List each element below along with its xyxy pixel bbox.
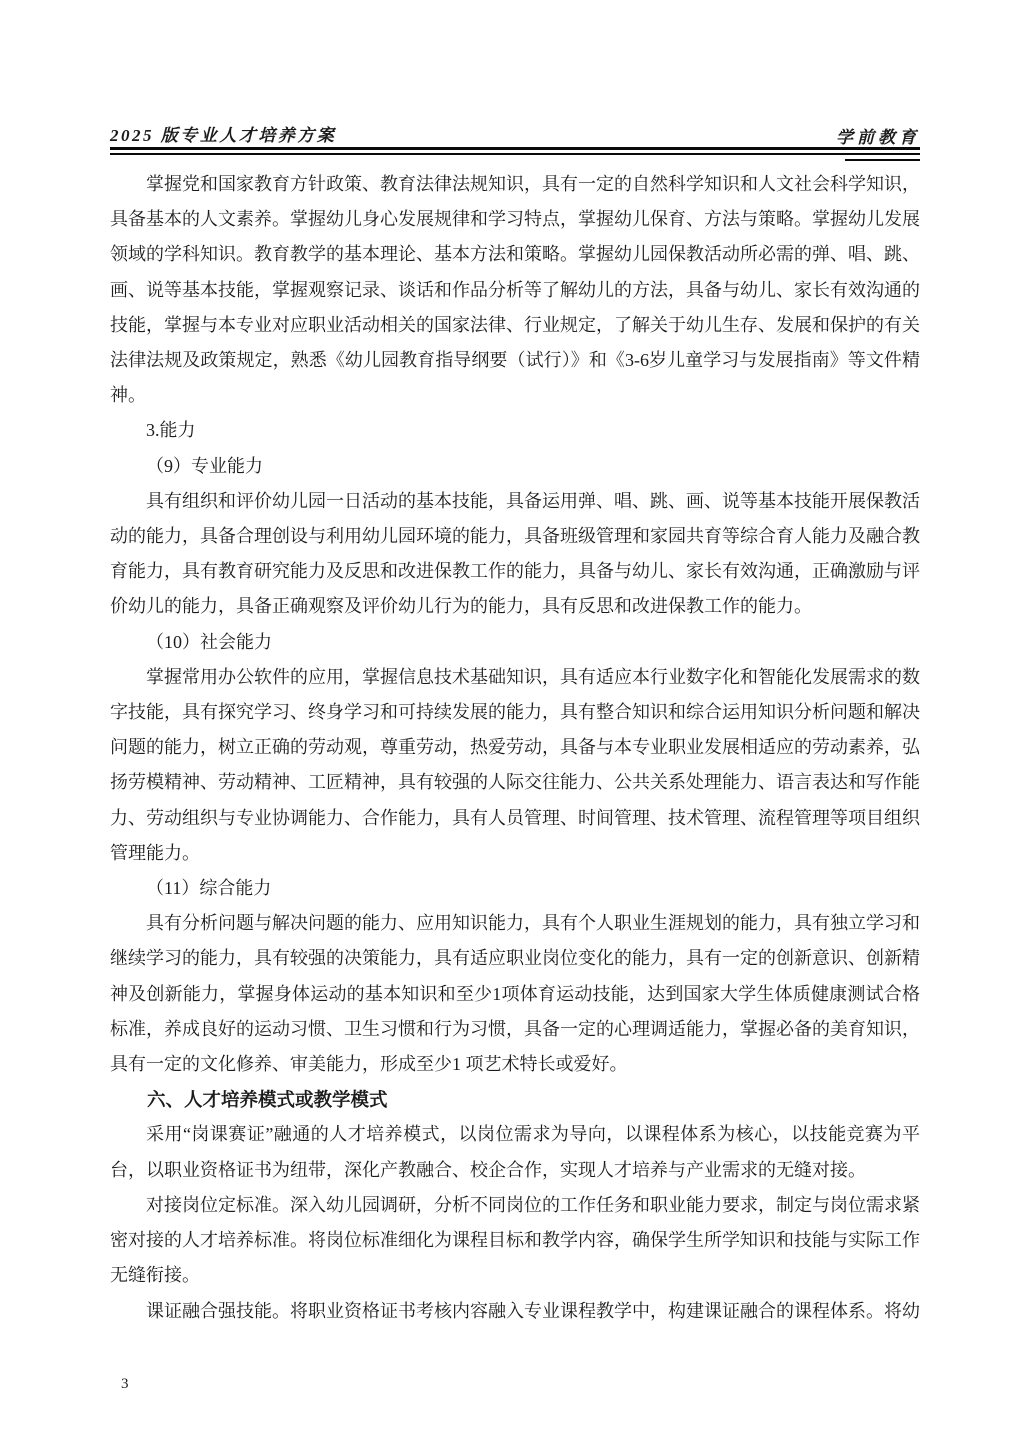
sub-heading: （10）社会能力: [110, 625, 920, 660]
body-paragraph: 采用“岗课赛证”融通的人才培养模式，以岗位需求为导向，以课程体系为核心，以技能竞…: [110, 1117, 920, 1187]
sub-heading: （11）综合能力: [110, 871, 920, 906]
sub-heading: （9）专业能力: [110, 449, 920, 484]
body-paragraph: 课证融合强技能。将职业资格证书考核内容融入专业课程教学中，构建课证融合的课程体系…: [110, 1294, 920, 1329]
header-double-rule: [110, 147, 920, 155]
sub-heading: 3.能力: [110, 413, 920, 448]
body-paragraph: 掌握常用办公软件的应用，掌握信息技术基础知识，具有适应本行业数字化和智能化发展需…: [110, 660, 920, 871]
body-paragraph: 掌握党和国家教育方针政策、教育法律法规知识，具有一定的自然科学知识和人文社会科学…: [110, 167, 920, 413]
body-paragraph: 具有组织和评价幼儿园一日活动的基本技能，具备运用弹、唱、跳、画、说等基本技能开展…: [110, 484, 920, 625]
page-number: 3: [121, 1376, 129, 1393]
header-right-title: 学前教育: [836, 123, 920, 148]
header-right-underline: [845, 159, 920, 161]
body-paragraph: 对接岗位定标准。深入幼儿园调研，分析不同岗位的工作任务和职业能力要求，制定与岗位…: [110, 1188, 920, 1294]
document-page: 2025 版专业人才培养方案 学前教育 掌握党和国家教育方针政策、教育法律法规知…: [0, 0, 1024, 1448]
document-body: 掌握党和国家教育方针政策、教育法律法规知识，具有一定的自然科学知识和人文社会科学…: [110, 167, 920, 1329]
section-heading: 六、人才培养模式或教学模式: [110, 1082, 920, 1117]
body-paragraph: 具有分析问题与解决问题的能力、应用知识能力，具有个人职业生涯规划的能力，具有独立…: [110, 906, 920, 1082]
header-left-title: 2025 版专业人才培养方案: [110, 121, 336, 146]
